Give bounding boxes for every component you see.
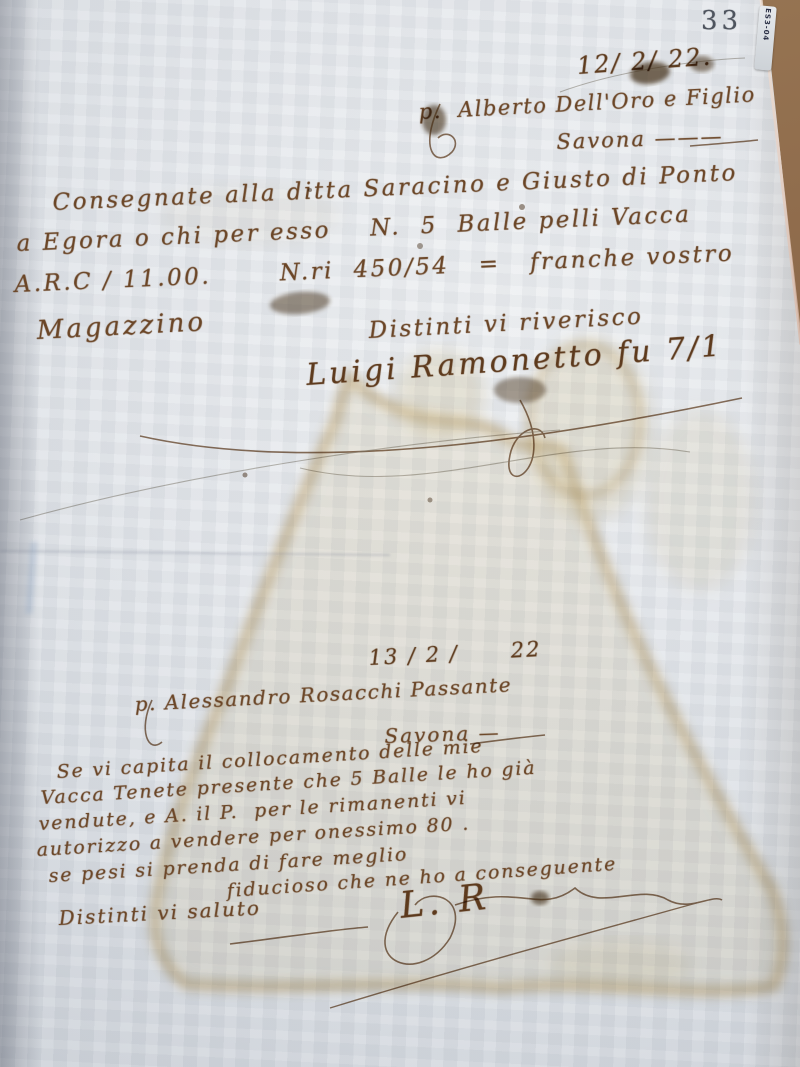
- archive-label-text: ES3-04: [761, 8, 772, 42]
- photo-of-ledger-page: 33 12/ 2/ 22. p. Alberto Dell'Oro e Figl…: [0, 0, 800, 1067]
- printed-page-number: 33: [701, 6, 742, 36]
